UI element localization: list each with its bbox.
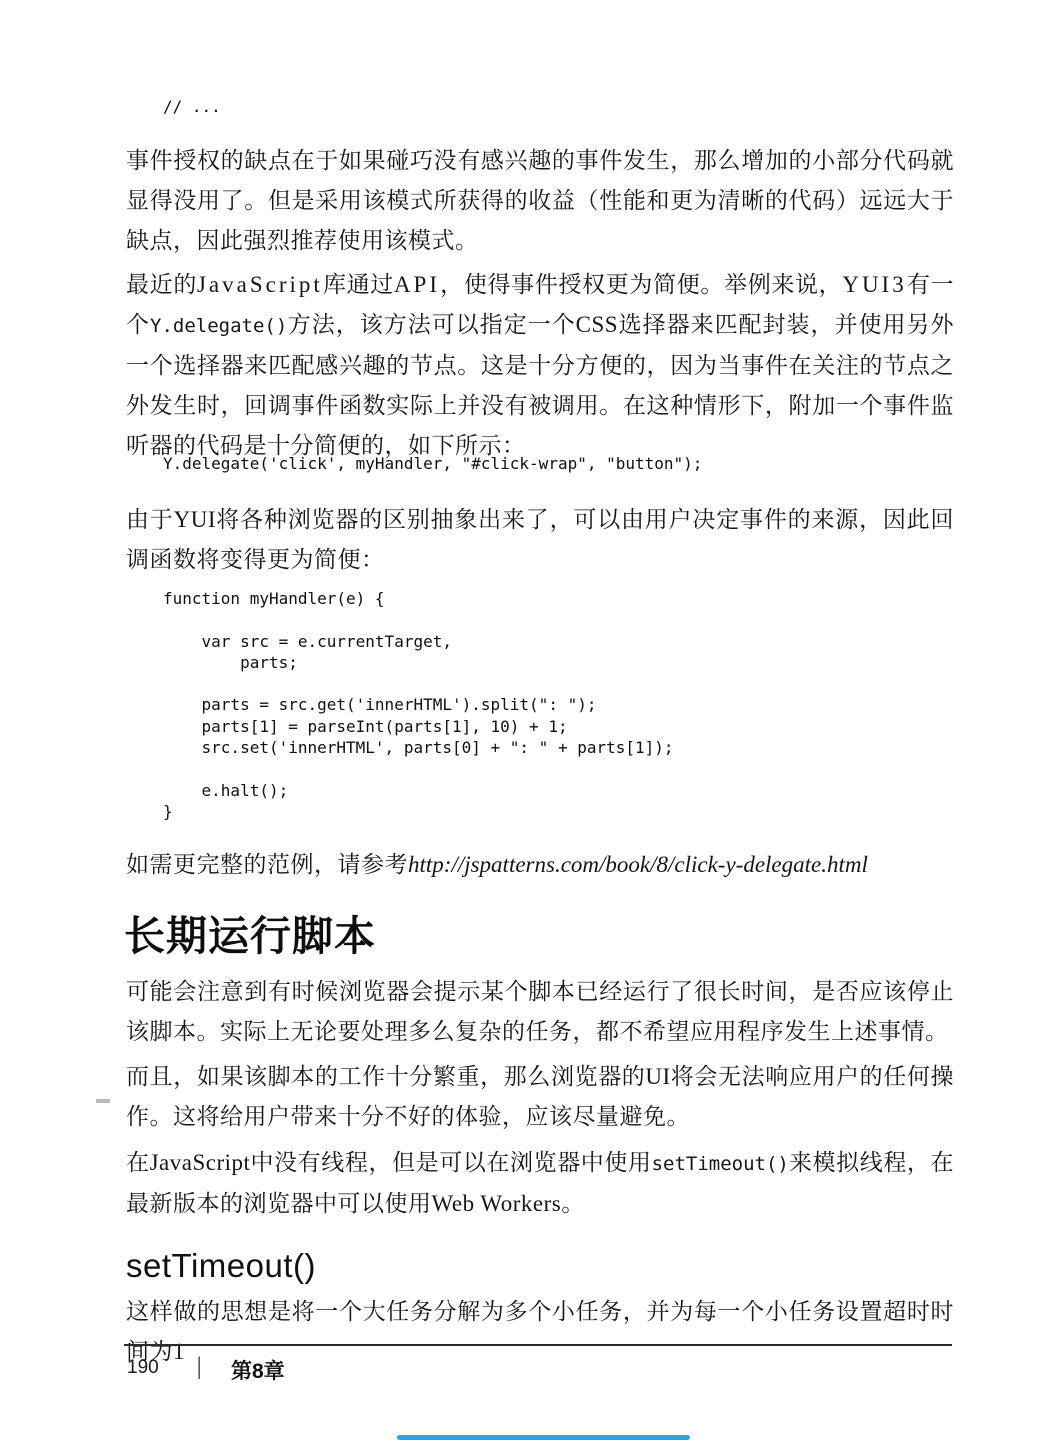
footer-chapter-label: 第8章	[231, 1355, 285, 1385]
code-myhandler-function: function myHandler(e) { var src = e.curr…	[163, 588, 674, 822]
text-run: 在JavaScript中没有线程，但是可以在浏览器中使用	[126, 1150, 652, 1175]
paragraph-yui-api: 最近的JavaScript库通过API，使得事件授权更为简便。举例来说，YUI3…	[126, 265, 954, 466]
code-comment-ellipsis: // ...	[163, 95, 221, 119]
text-run-api: API	[394, 272, 440, 297]
book-page: // ... 事件授权的缺点在于如果碰巧没有感兴趣的事件发生，那么增加的小部分代…	[0, 0, 1054, 1441]
paragraph-long-running-2: 而且，如果该脚本的工作十分繁重，那么浏览器的UI将会无法响应用户的任何操作。这将…	[126, 1057, 954, 1137]
footer-divider: |	[197, 1353, 201, 1381]
paragraph-reference: 如需更完整的范例，请参考http://jspatterns.com/book/8…	[126, 845, 954, 885]
footer-page-number: 190	[127, 1357, 159, 1379]
scan-artifact-dash	[96, 1099, 110, 1103]
footer-rule	[124, 1344, 952, 1346]
text-run: 库通过	[323, 272, 394, 297]
paragraph-yui-abstraction: 由于YUI将各种浏览器的区别抽象出来了，可以由用户决定事件的来源，因此回调函数将…	[126, 500, 954, 580]
text-run-yui3: YUI3	[842, 272, 906, 297]
text-run: 如需更完整的范例，请参考	[126, 852, 408, 877]
text-run: 最近的	[126, 272, 197, 297]
inline-code-y-delegate: Y.delegate()	[150, 315, 287, 337]
inline-code-settimeout: setTimeout()	[652, 1153, 789, 1175]
text-run-javascript: JavaScript	[197, 272, 323, 297]
paragraph-delegation-tradeoff: 事件授权的缺点在于如果碰巧没有感兴趣的事件发生，那么增加的小部分代码就显得没用了…	[126, 141, 954, 261]
text-run: ，使得事件授权更为简便。举例来说，	[440, 272, 842, 297]
bottom-edge-bar	[397, 1435, 690, 1440]
paragraph-threads-settimeout: 在JavaScript中没有线程，但是可以在浏览器中使用setTimeout()…	[126, 1143, 954, 1224]
sub-heading-settimeout: setTimeout()	[126, 1247, 316, 1285]
code-delegate-call: Y.delegate('click', myHandler, "#click-w…	[163, 452, 702, 476]
paragraph-long-running-1: 可能会注意到有时候浏览器会提示某个脚本已经运行了很长时间，是否应该停止该脚本。实…	[126, 972, 954, 1052]
reference-url: http://jspatterns.com/book/8/click-y-del…	[408, 852, 868, 877]
section-heading-long-running-scripts: 长期运行脚本	[124, 903, 376, 962]
